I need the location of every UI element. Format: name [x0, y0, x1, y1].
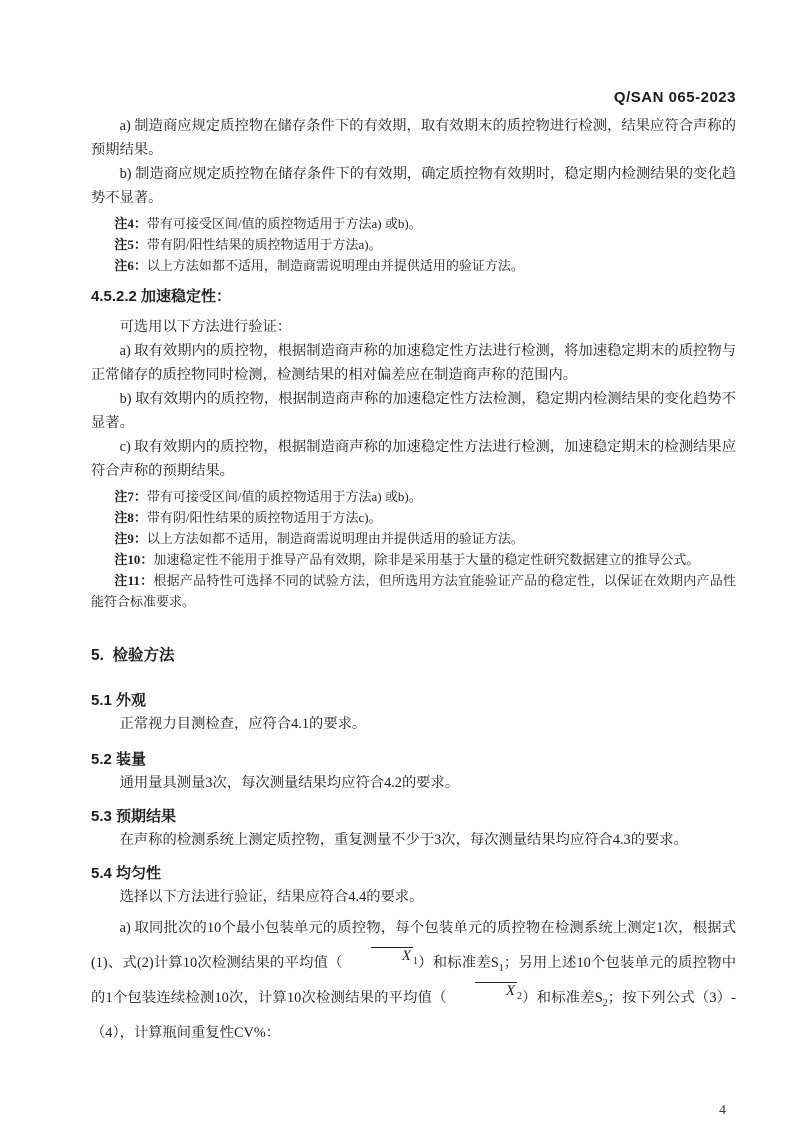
- storage-item-a: a) 制造商应规定质控物在储存条件下的有效期，取有效期末的质控物进行检测，结果应…: [91, 114, 736, 162]
- xbar1-formula: X1: [343, 939, 418, 974]
- xbar1-base: X: [371, 947, 413, 965]
- doc-code-header: Q/SAN 065-2023: [91, 90, 736, 106]
- accelerated-notes: 注7：带有可接受区间/值的质控物适用于方法a) 或b)。 注8：带有阴/阳性结果…: [91, 486, 736, 612]
- note-9: 注9：以上方法如都不适用，制造商需说明理由并提供适用的验证方法。: [91, 528, 736, 549]
- note-7: 注7：带有可接受区间/值的质控物适用于方法a) 或b)。: [91, 486, 736, 507]
- note-8-label: 注8：: [114, 510, 147, 525]
- heading-5-3: 5.3 预期结果: [91, 806, 736, 828]
- heading-4-5-2-2: 4.5.2.2 加速稳定性：: [91, 286, 736, 308]
- note-6-text: 以上方法如都不适用，制造商需说明理由并提供适用的验证方法。: [147, 258, 524, 273]
- xbar1-subscript: 1: [413, 956, 418, 967]
- accelerated-item-b: b) 取有效期内的质控物，根据制造商声称的加速稳定性方法检测，稳定期内检测结果的…: [91, 387, 736, 435]
- document-page: Q/SAN 065-2023 a) 制造商应规定质控物在储存条件下的有效期，取有…: [0, 0, 800, 1131]
- xbar2-base: X: [475, 982, 517, 1000]
- note-5-text: 带有阴/阳性结果的质控物适用于方法a)。: [147, 237, 382, 252]
- heading-5-4: 5.4 均匀性: [91, 863, 736, 885]
- page-number: 4: [719, 1103, 726, 1119]
- note-4: 注4：带有可接受区间/值的质控物适用于方法a) 或b)。: [91, 213, 736, 234]
- heading-5-2: 5.2 装量: [91, 749, 736, 771]
- note-11-label: 注11：: [114, 573, 153, 588]
- method-a-segment-2: ）和标准差S: [418, 955, 499, 971]
- note-7-label: 注7：: [114, 489, 147, 504]
- note-6-label: 注6：: [114, 258, 147, 273]
- accelerated-intro: 可选用以下方法进行验证：: [91, 315, 736, 339]
- note-9-label: 注9：: [114, 531, 147, 546]
- para-5-4-method-a: a) 取同批次的10个最小包装单元的质控物，每个包装单元的质控物在检测系统上测定…: [91, 911, 736, 1051]
- method-a-segment-4: ）和标准差S: [522, 990, 603, 1006]
- heading-section-5: 5. 检验方法: [91, 644, 736, 668]
- xbar2-formula: X2: [447, 974, 522, 1009]
- storage-item-b: b) 制造商应规定质控物在储存条件下的有效期，确定质控物有效期时，稳定期内检测结…: [91, 162, 736, 210]
- accelerated-item-c: c) 取有效期内的质控物，根据制造商声称的加速稳定性方法进行检测，加速稳定期末的…: [91, 435, 736, 483]
- note-6: 注6：以上方法如都不适用，制造商需说明理由并提供适用的验证方法。: [91, 255, 736, 276]
- note-11: 注11：根据产品特性可选择不同的试验方法，但所选用方法宜能验证产品的稳定性，以保…: [91, 570, 736, 612]
- note-10-label: 注10：: [114, 552, 153, 567]
- para-5-4-intro: 选择以下方法进行验证，结果应符合4.4的要求。: [91, 885, 736, 909]
- para-5-1: 正常视力目测检查，应符合4.1的要求。: [91, 712, 736, 736]
- heading-5-1: 5.1 外观: [91, 690, 736, 712]
- note-9-text: 以上方法如都不适用，制造商需说明理由并提供适用的验证方法。: [147, 531, 524, 546]
- note-11-text: 根据产品特性可选择不同的试验方法，但所选用方法宜能验证产品的稳定性，以保证在效期…: [91, 573, 736, 609]
- para-5-2: 通用量具测量3次，每次测量结果均应符合4.2的要求。: [91, 771, 736, 795]
- para-5-3: 在声称的检测系统上测定质控物，重复测量不少于3次，每次测量结果均应符合4.3的要…: [91, 828, 736, 852]
- note-5: 注5：带有阴/阳性结果的质控物适用于方法a)。: [91, 234, 736, 255]
- note-10: 注10：加速稳定性不能用于推导产品有效期，除非是采用基于大量的稳定性研究数据建立…: [91, 549, 736, 570]
- storage-notes: 注4：带有可接受区间/值的质控物适用于方法a) 或b)。 注5：带有阴/阳性结果…: [91, 213, 736, 276]
- note-8: 注8：带有阴/阳性结果的质控物适用于方法c)。: [91, 507, 736, 528]
- note-4-text: 带有可接受区间/值的质控物适用于方法a) 或b)。: [147, 216, 422, 231]
- accelerated-item-a: a) 取有效期内的质控物，根据制造商声称的加速稳定性方法进行检测，将加速稳定期末…: [91, 339, 736, 387]
- note-8-text: 带有阴/阳性结果的质控物适用于方法c)。: [147, 510, 382, 525]
- xbar2-subscript: 2: [517, 991, 522, 1002]
- note-7-text: 带有可接受区间/值的质控物适用于方法a) 或b)。: [147, 489, 422, 504]
- note-10-text: 加速稳定性不能用于推导产品有效期，除非是采用基于大量的稳定性研究数据建立的推导公…: [153, 552, 699, 567]
- note-5-label: 注5：: [114, 237, 147, 252]
- note-4-label: 注4：: [114, 216, 147, 231]
